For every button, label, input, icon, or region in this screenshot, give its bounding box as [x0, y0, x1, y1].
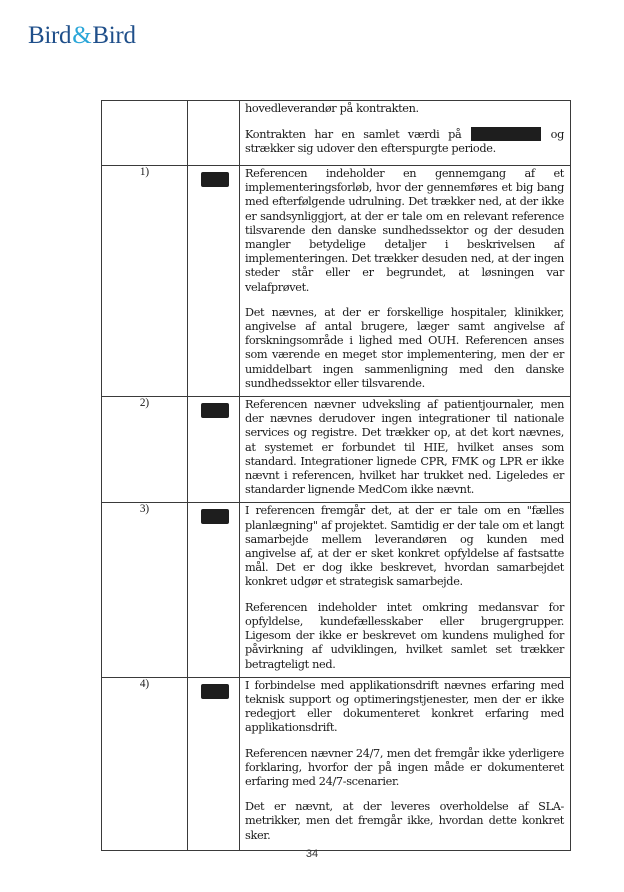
- redaction-cell: [188, 397, 240, 503]
- table-row: 3) I referencen fremgår det, at der er t…: [102, 503, 571, 677]
- redaction-cell: [188, 503, 240, 677]
- redacted-score: [201, 403, 229, 418]
- evaluation-table: hovedleverandør på kontrakten. Kontrakte…: [101, 100, 571, 851]
- text-cell: I forbindelse med applikationsdrift nævn…: [240, 677, 571, 850]
- redacted-score: [201, 684, 229, 699]
- page-number: 34: [0, 848, 624, 860]
- paragraph: Referencen nævner udveksling af patientj…: [245, 398, 564, 497]
- logo-word-right: Bird: [92, 22, 135, 49]
- redacted-score: [201, 172, 229, 187]
- redaction-cell: [188, 101, 240, 166]
- row-number: 4): [102, 677, 188, 850]
- redaction-cell: [188, 677, 240, 850]
- table-row: 2) Referencen nævner udveksling af patie…: [102, 397, 571, 503]
- text-cell: hovedleverandør på kontrakten. Kontrakte…: [240, 101, 571, 166]
- text-cell: I referencen fremgår det, at der er tale…: [240, 503, 571, 677]
- row-number: 2): [102, 397, 188, 503]
- row-number: 1): [102, 166, 188, 397]
- paragraph: Det er nævnt, at der leveres overholdels…: [245, 800, 564, 843]
- row-number: 3): [102, 503, 188, 677]
- paragraph: I forbindelse med applikationsdrift nævn…: [245, 679, 564, 736]
- paragraph: hovedleverandør på kontrakten.: [245, 102, 564, 116]
- paragraph: Det nævnes, at der er forskellige hospit…: [245, 306, 564, 391]
- paragraph: I referencen fremgår det, at der er tale…: [245, 504, 564, 589]
- paragraph-contract-value: Kontrakten har en samlet værdi på og str…: [245, 127, 564, 156]
- logo-word-left: Bird: [28, 22, 71, 49]
- logo-ampersand: &: [72, 22, 91, 49]
- redacted-value: [471, 127, 541, 141]
- text-cell: Referencen nævner udveksling af patientj…: [240, 397, 571, 503]
- paragraph: Referencen nævner 24/7, men det fremgår …: [245, 747, 564, 790]
- redaction-cell: [188, 166, 240, 397]
- bird-and-bird-logo: Bird&Bird: [28, 22, 136, 50]
- number-cell: [102, 101, 188, 166]
- paragraph: Referencen indeholder intet omkring meda…: [245, 601, 564, 672]
- paragraph: Referencen indeholder en gennemgang af e…: [245, 167, 564, 295]
- text-cell: Referencen indeholder en gennemgang af e…: [240, 166, 571, 397]
- table-row: 4) I forbindelse med applikationsdrift n…: [102, 677, 571, 850]
- text-fragment: Kontrakten har en samlet værdi på: [245, 128, 461, 141]
- table-row-continuation: hovedleverandør på kontrakten. Kontrakte…: [102, 101, 571, 166]
- table-row: 1) Referencen indeholder en gennemgang a…: [102, 166, 571, 397]
- redacted-score: [201, 509, 229, 524]
